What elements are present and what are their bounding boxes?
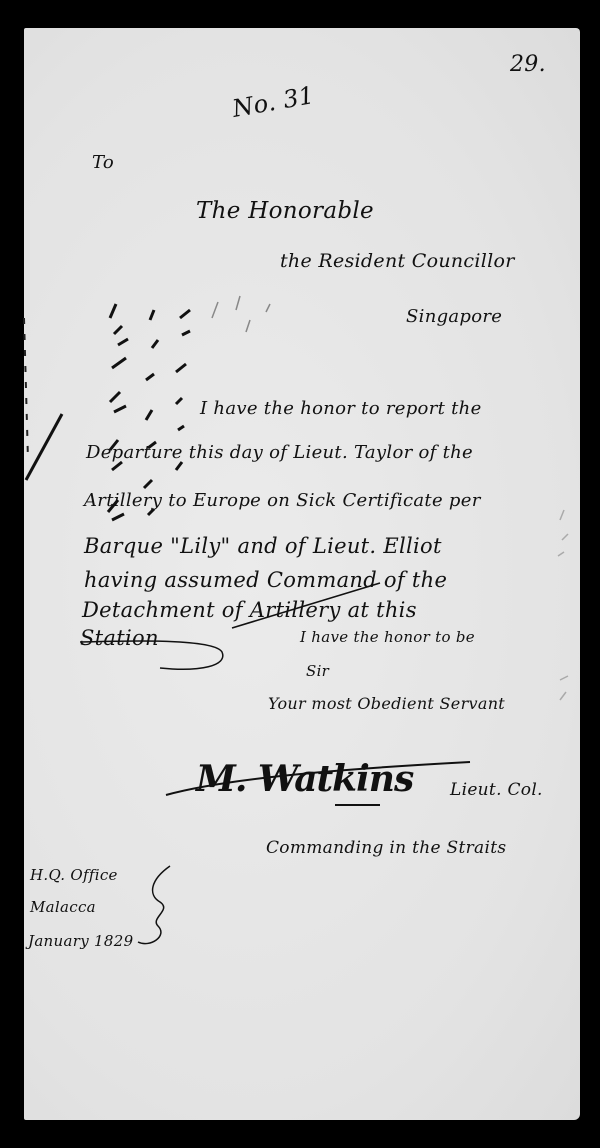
salutation-to: To (92, 152, 114, 173)
closing-line-3: Your most Obedient Servant (268, 694, 505, 713)
addressee-line-1: The Honorable (196, 198, 374, 224)
addressee-line-2: the Resident Councillor (280, 250, 515, 272)
body-line: Station (80, 626, 159, 650)
page-number: 29. (510, 52, 546, 77)
body-line: I have the honor to report the (200, 398, 482, 419)
body-line: Barque "Lily" and of Lieut. Elliot (84, 534, 442, 558)
dateline-date: January 1829 (28, 932, 133, 950)
signature-rank: Lieut. Col. (450, 780, 543, 800)
closing-line-1: I have the honor to be (300, 628, 475, 646)
signature-title: Commanding in the Straits (266, 838, 506, 858)
closing-line-2: Sir (306, 662, 329, 680)
body-line: Detachment of Artillery at this (82, 598, 417, 622)
dateline-place: Malacca (30, 898, 96, 916)
body-line: having assumed Command of the (84, 568, 447, 592)
dateline-office: H.Q. Office (30, 866, 118, 884)
signature-name: M. Watkins (196, 758, 413, 800)
body-line: Departure this day of Lieut. Taylor of t… (86, 442, 473, 463)
body-line: Artillery to Europe on Sick Certificate … (84, 490, 481, 511)
addressee-line-3: Singapore (406, 306, 502, 327)
